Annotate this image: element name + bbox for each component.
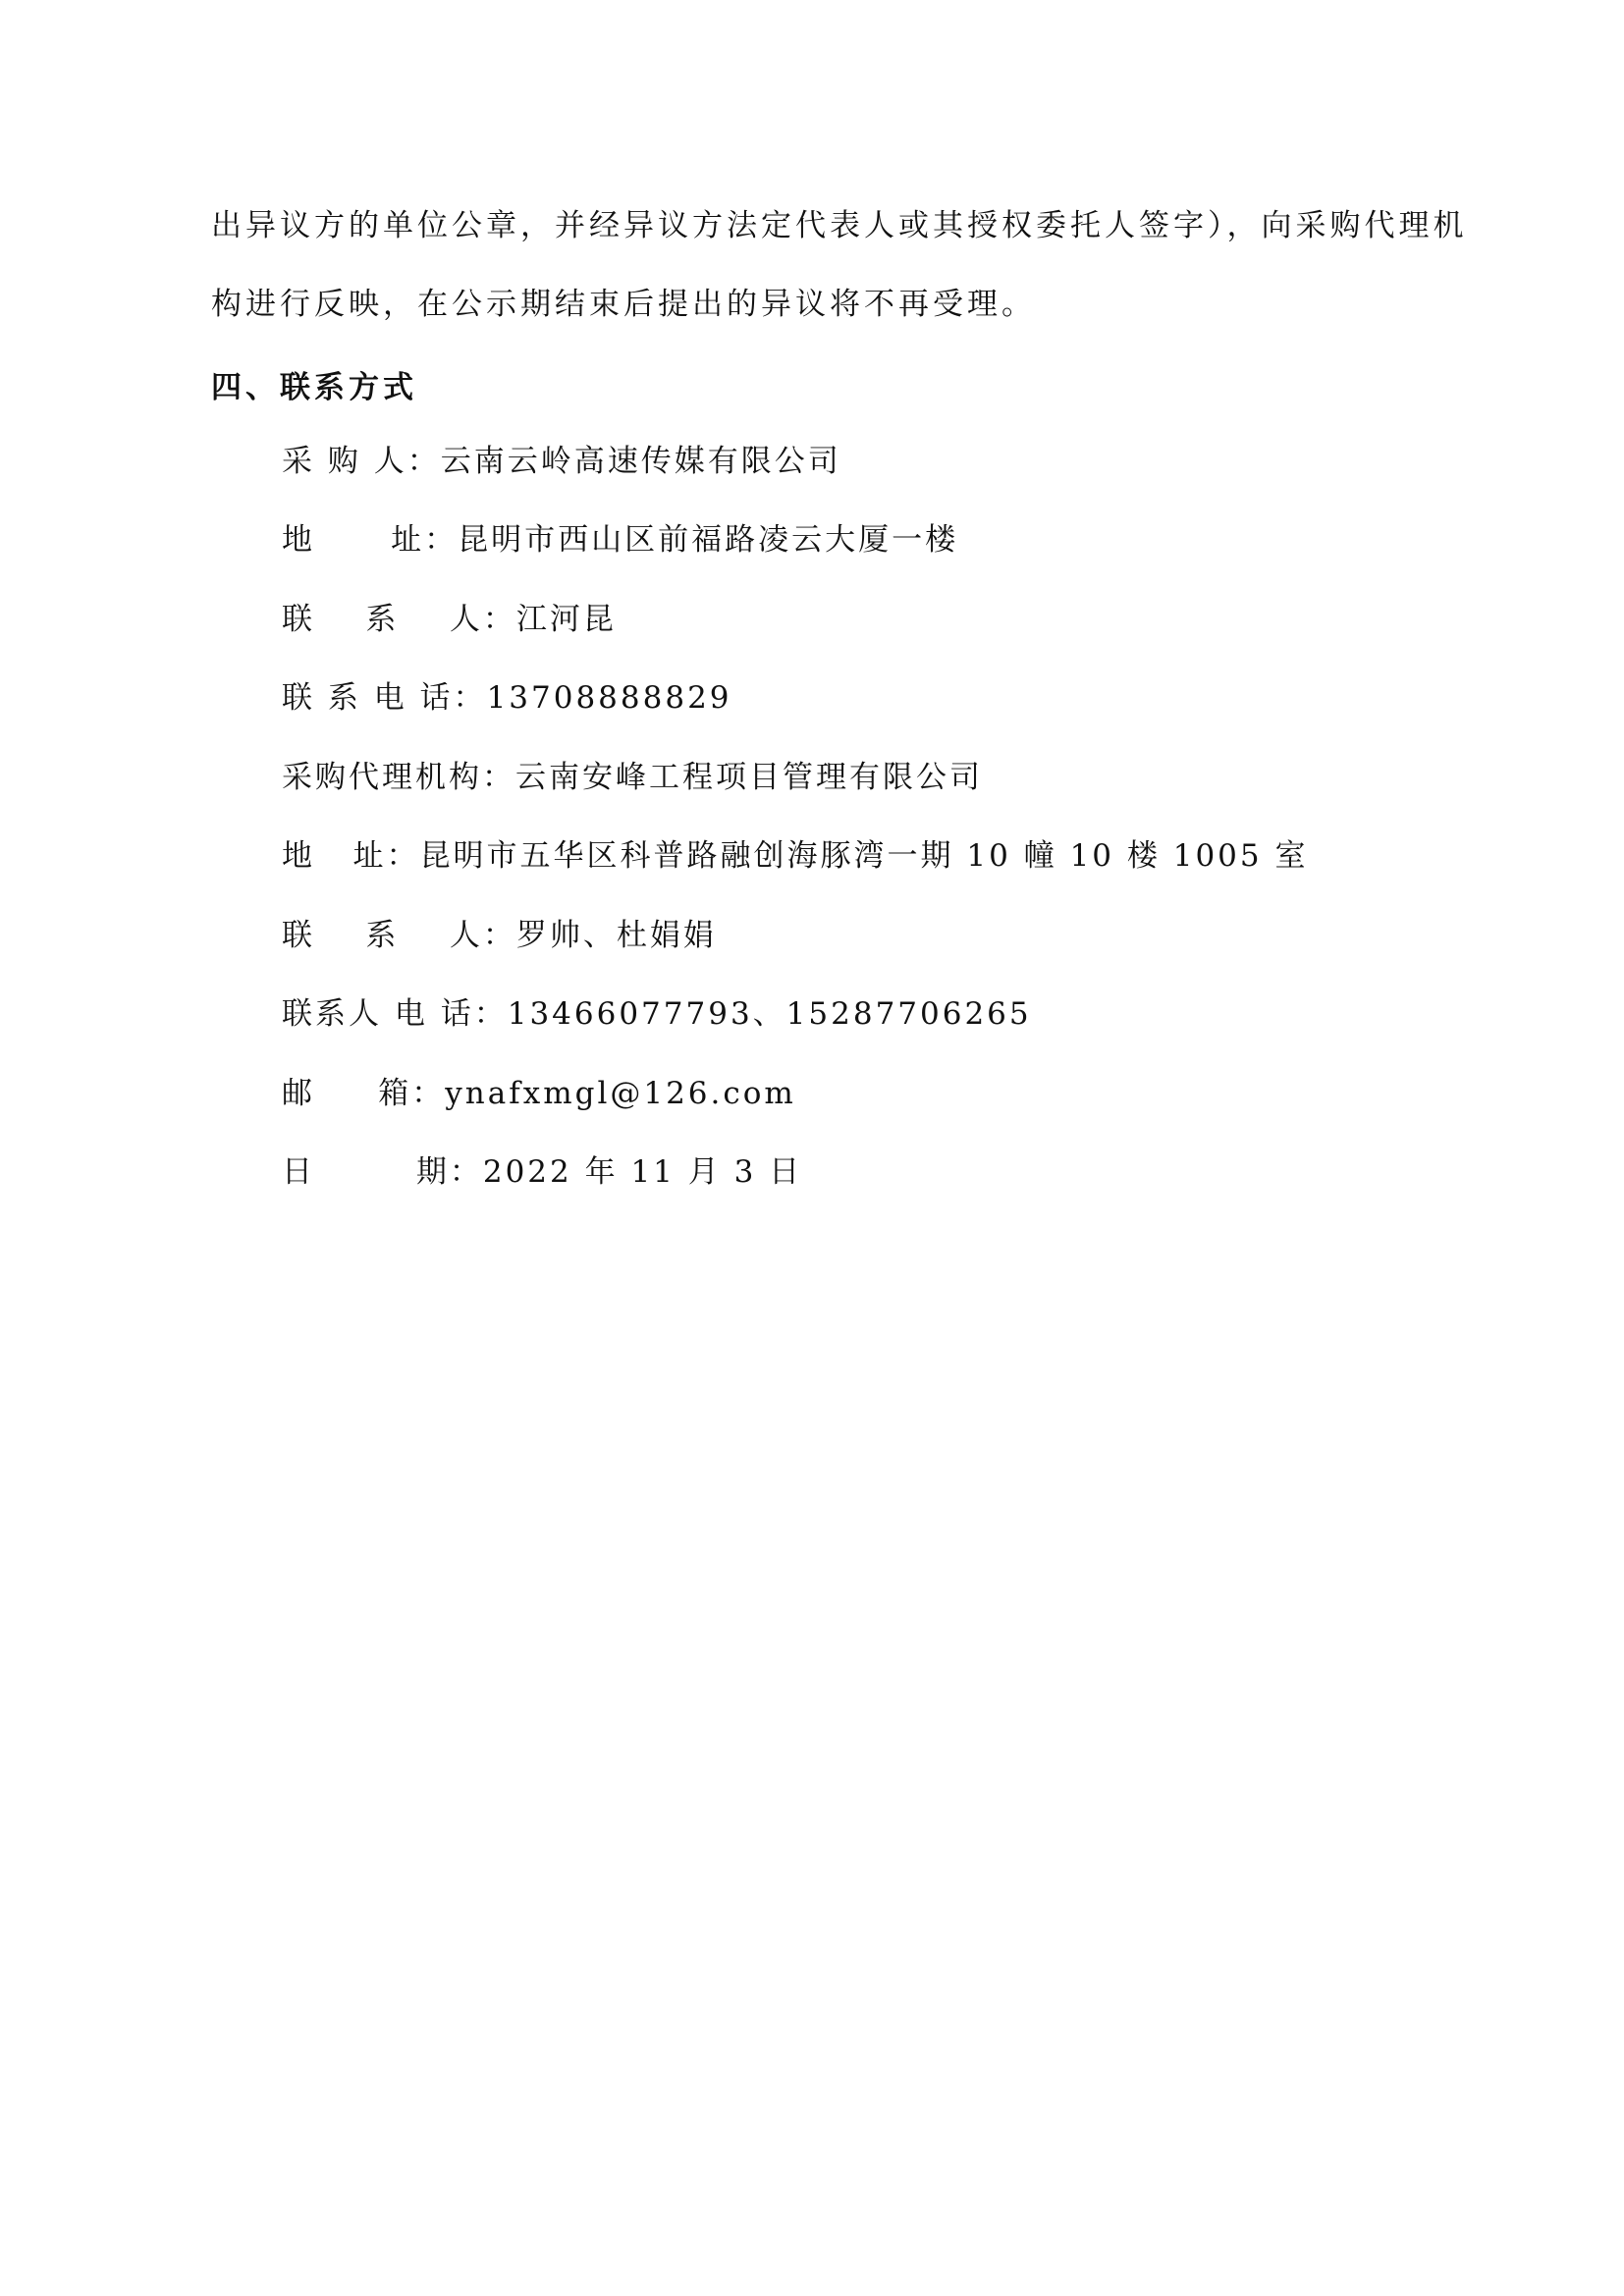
contact-value: 13466077793、15287706265 bbox=[508, 996, 1032, 1032]
contact-value: 2022 年 11 月 3 日 bbox=[483, 1154, 802, 1190]
contact-row-purchaser-contact: 联 系 人：江河昆 bbox=[282, 600, 617, 639]
contact-label: 地 址： bbox=[282, 836, 420, 876]
paragraph-line-2: 构进行反映，在公示期结束后提出的异议将不再受理。 bbox=[211, 285, 1036, 324]
contact-label: 联 系 电 话： bbox=[282, 678, 487, 718]
contact-value[interactable]: ynafxmgl@126.com bbox=[445, 1076, 796, 1111]
contact-row-agency-address: 地 址：昆明市五华区科普路融创海豚湾一期 10 幢 10 楼 1005 室 bbox=[282, 836, 1308, 876]
contact-value: 昆明市西山区前福路凌云大厦一楼 bbox=[458, 522, 958, 558]
contact-value: 昆明市五华区科普路融创海豚湾一期 10 幢 10 楼 1005 室 bbox=[420, 838, 1309, 874]
contact-value: 云南云岭高速传媒有限公司 bbox=[441, 444, 841, 479]
section-heading: 四、联系方式 bbox=[211, 368, 417, 407]
contact-label: 联 系 人： bbox=[282, 600, 516, 639]
paragraph-line-1: 出异议方的单位公章，并经异议方法定代表人或其授权委托人签字），向采购代理机 bbox=[211, 206, 1468, 245]
contact-row-agency: 采购代理机构：云南安峰工程项目管理有限公司 bbox=[282, 758, 983, 797]
contact-label: 采购代理机构： bbox=[282, 758, 515, 797]
contact-row-agency-phone: 联系人 电 话：13466077793、15287706265 bbox=[282, 994, 1032, 1034]
contact-row-agency-contact: 联 系 人：罗帅、杜娟娟 bbox=[282, 916, 717, 955]
contact-row-purchaser-address: 地 址：昆明市西山区前福路凌云大厦一楼 bbox=[282, 520, 958, 560]
contact-value: 江河昆 bbox=[516, 602, 617, 637]
contact-label: 联 系 人： bbox=[282, 916, 516, 955]
contact-label: 地 址： bbox=[282, 520, 458, 560]
contact-row-purchaser-phone: 联 系 电 话：13708888829 bbox=[282, 678, 732, 718]
contact-value: 13708888829 bbox=[487, 680, 732, 716]
contact-value: 罗帅、杜娟娟 bbox=[516, 918, 717, 953]
contact-label: 邮 箱： bbox=[282, 1074, 445, 1113]
contact-row-purchaser: 采 购 人：云南云岭高速传媒有限公司 bbox=[282, 442, 841, 481]
contact-row-email: 邮 箱：ynafxmgl@126.com bbox=[282, 1074, 796, 1113]
contact-label: 日 期： bbox=[282, 1152, 483, 1192]
contact-label: 联系人 电 话： bbox=[282, 994, 508, 1034]
contact-label: 采 购 人： bbox=[282, 442, 441, 481]
contact-row-date: 日 期：2022 年 11 月 3 日 bbox=[282, 1152, 802, 1192]
contact-value: 云南安峰工程项目管理有限公司 bbox=[515, 760, 983, 795]
